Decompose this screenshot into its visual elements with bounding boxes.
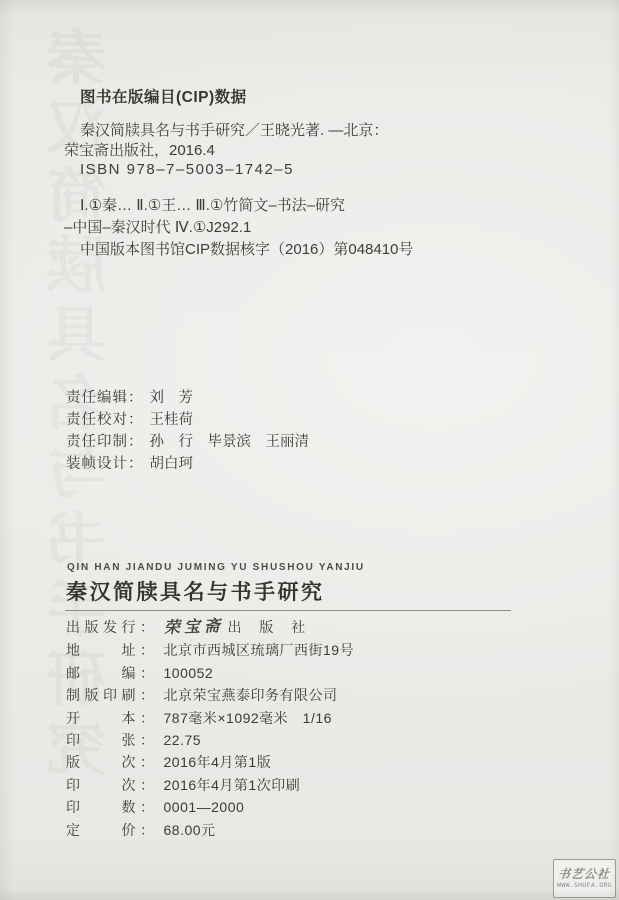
colophon-block: 出版发行：荣宝斋出 版 社 地 址：北京市西城区琉璃厂西街19号 邮 编：100… (66, 616, 354, 841)
staff-value: 王桂荷 (150, 412, 194, 428)
shufa-watermark-url: WWW.SHUFA.ORG (557, 881, 612, 890)
colophon-label: 印 张： (66, 729, 159, 751)
colophon-value: 北京荣宝燕泰印务有限公司 (164, 687, 338, 703)
staff-row-proofreader: 责任校对：王桂荷 (66, 409, 309, 431)
colophon-value: 787毫米×1092毫米 1/16 (164, 710, 332, 726)
book-title: 秦汉简牍具名与书手研究 (66, 576, 325, 606)
staff-row-print-supervisor: 责任印制：孙 行 毕景滨 王丽清 (66, 431, 309, 453)
colophon-row-publisher: 出版发行：荣宝斋出 版 社 (66, 616, 354, 639)
colophon-label: 制版印刷： (66, 684, 159, 706)
colophon-label: 地 址： (66, 639, 159, 661)
cip-heading: 图书在版编目(CIP)数据 (80, 88, 247, 107)
staff-label: 责任编辑： (66, 390, 144, 406)
colophon-label: 出版发行： (66, 616, 159, 638)
staff-value: 孙 行 毕景滨 王丽清 (150, 434, 310, 450)
colophon-label: 开 本： (66, 707, 159, 729)
shufa-watermark-logo: 书艺公社 (558, 868, 611, 881)
colophon-label: 版 次： (66, 751, 159, 773)
colophon-row-impression: 印 次：2016年4月第1次印刷 (66, 774, 354, 796)
staff-label: 责任印制： (66, 434, 144, 450)
cip-classification-line-2: –中国–秦汉时代 Ⅳ.①J292.1 (64, 218, 251, 237)
colophon-row-printer: 制版印刷：北京荣宝燕泰印务有限公司 (66, 684, 354, 706)
cip-isbn: ISBN 978–7–5003–1742–5 (80, 160, 294, 179)
colophon-label: 邮 编： (66, 662, 159, 684)
cip-publisher-line: 荣宝斋出版社，2016.4 (64, 141, 215, 160)
cip-record-number: 中国版本图书馆CIP数据核字（2016）第048410号 (80, 240, 413, 259)
colophon-value: 68.00元 (164, 822, 216, 838)
staff-value: 刘 芳 (150, 390, 194, 406)
publisher-rest: 出 版 社 (228, 619, 313, 635)
staff-row-editor: 责任编辑：刘 芳 (66, 387, 309, 409)
colophon-row-format: 开 本：787毫米×1092毫米 1/16 (66, 707, 354, 729)
staff-value: 胡白珂 (150, 456, 194, 472)
colophon-row-print-run: 印 数：0001—2000 (66, 796, 354, 818)
colophon-label: 定 价： (66, 819, 159, 841)
colophon-value: 0001—2000 (164, 799, 245, 815)
colophon-label: 印 次： (66, 774, 159, 796)
book-copyright-page: 秦汉简牍具名与书手研究 图书在版编目(CIP)数据 秦汉简牍具名与书手研究／王晓… (0, 0, 619, 900)
colophon-value: 100052 (164, 665, 214, 681)
colophon-row-address: 地 址：北京市西城区琉璃厂西街19号 (66, 639, 354, 661)
cip-title-line: 秦汉简牍具名与书手研究／王晓光著. —北京： (80, 121, 388, 140)
shufa-watermark: 书艺公社 WWW.SHUFA.ORG (553, 859, 616, 898)
title-pinyin: QIN HAN JIANDU JUMING YU SHUSHOU YANJIU (67, 562, 365, 573)
staff-credits-block: 责任编辑：刘 芳 责任校对：王桂荷 责任印制：孙 行 毕景滨 王丽清 装帧设计：… (66, 387, 309, 475)
colophon-value: 北京市西城区琉璃厂西街19号 (164, 642, 355, 658)
staff-label: 装帧设计： (66, 456, 144, 472)
colophon-value: 2016年4月第1版 (164, 754, 272, 770)
title-divider-rule (65, 610, 511, 611)
colophon-label: 印 数： (66, 796, 159, 818)
colophon-row-postcode: 邮 编：100052 (66, 662, 354, 684)
colophon-row-price: 定 价：68.00元 (66, 819, 354, 841)
colophon-row-edition: 版 次：2016年4月第1版 (66, 751, 354, 773)
cip-classification-line-1: Ⅰ.①秦… Ⅱ.①王… Ⅲ.①竹简文–书法–研究 (80, 196, 345, 215)
colophon-value: 22.75 (164, 732, 202, 748)
colophon-value: 2016年4月第1次印刷 (164, 777, 301, 793)
staff-row-designer: 装帧设计：胡白珂 (66, 453, 309, 475)
staff-label: 责任校对： (66, 412, 144, 428)
colophon-row-sheets: 印 张：22.75 (66, 729, 354, 751)
publisher-calligraphy: 荣宝斋 (163, 616, 224, 640)
